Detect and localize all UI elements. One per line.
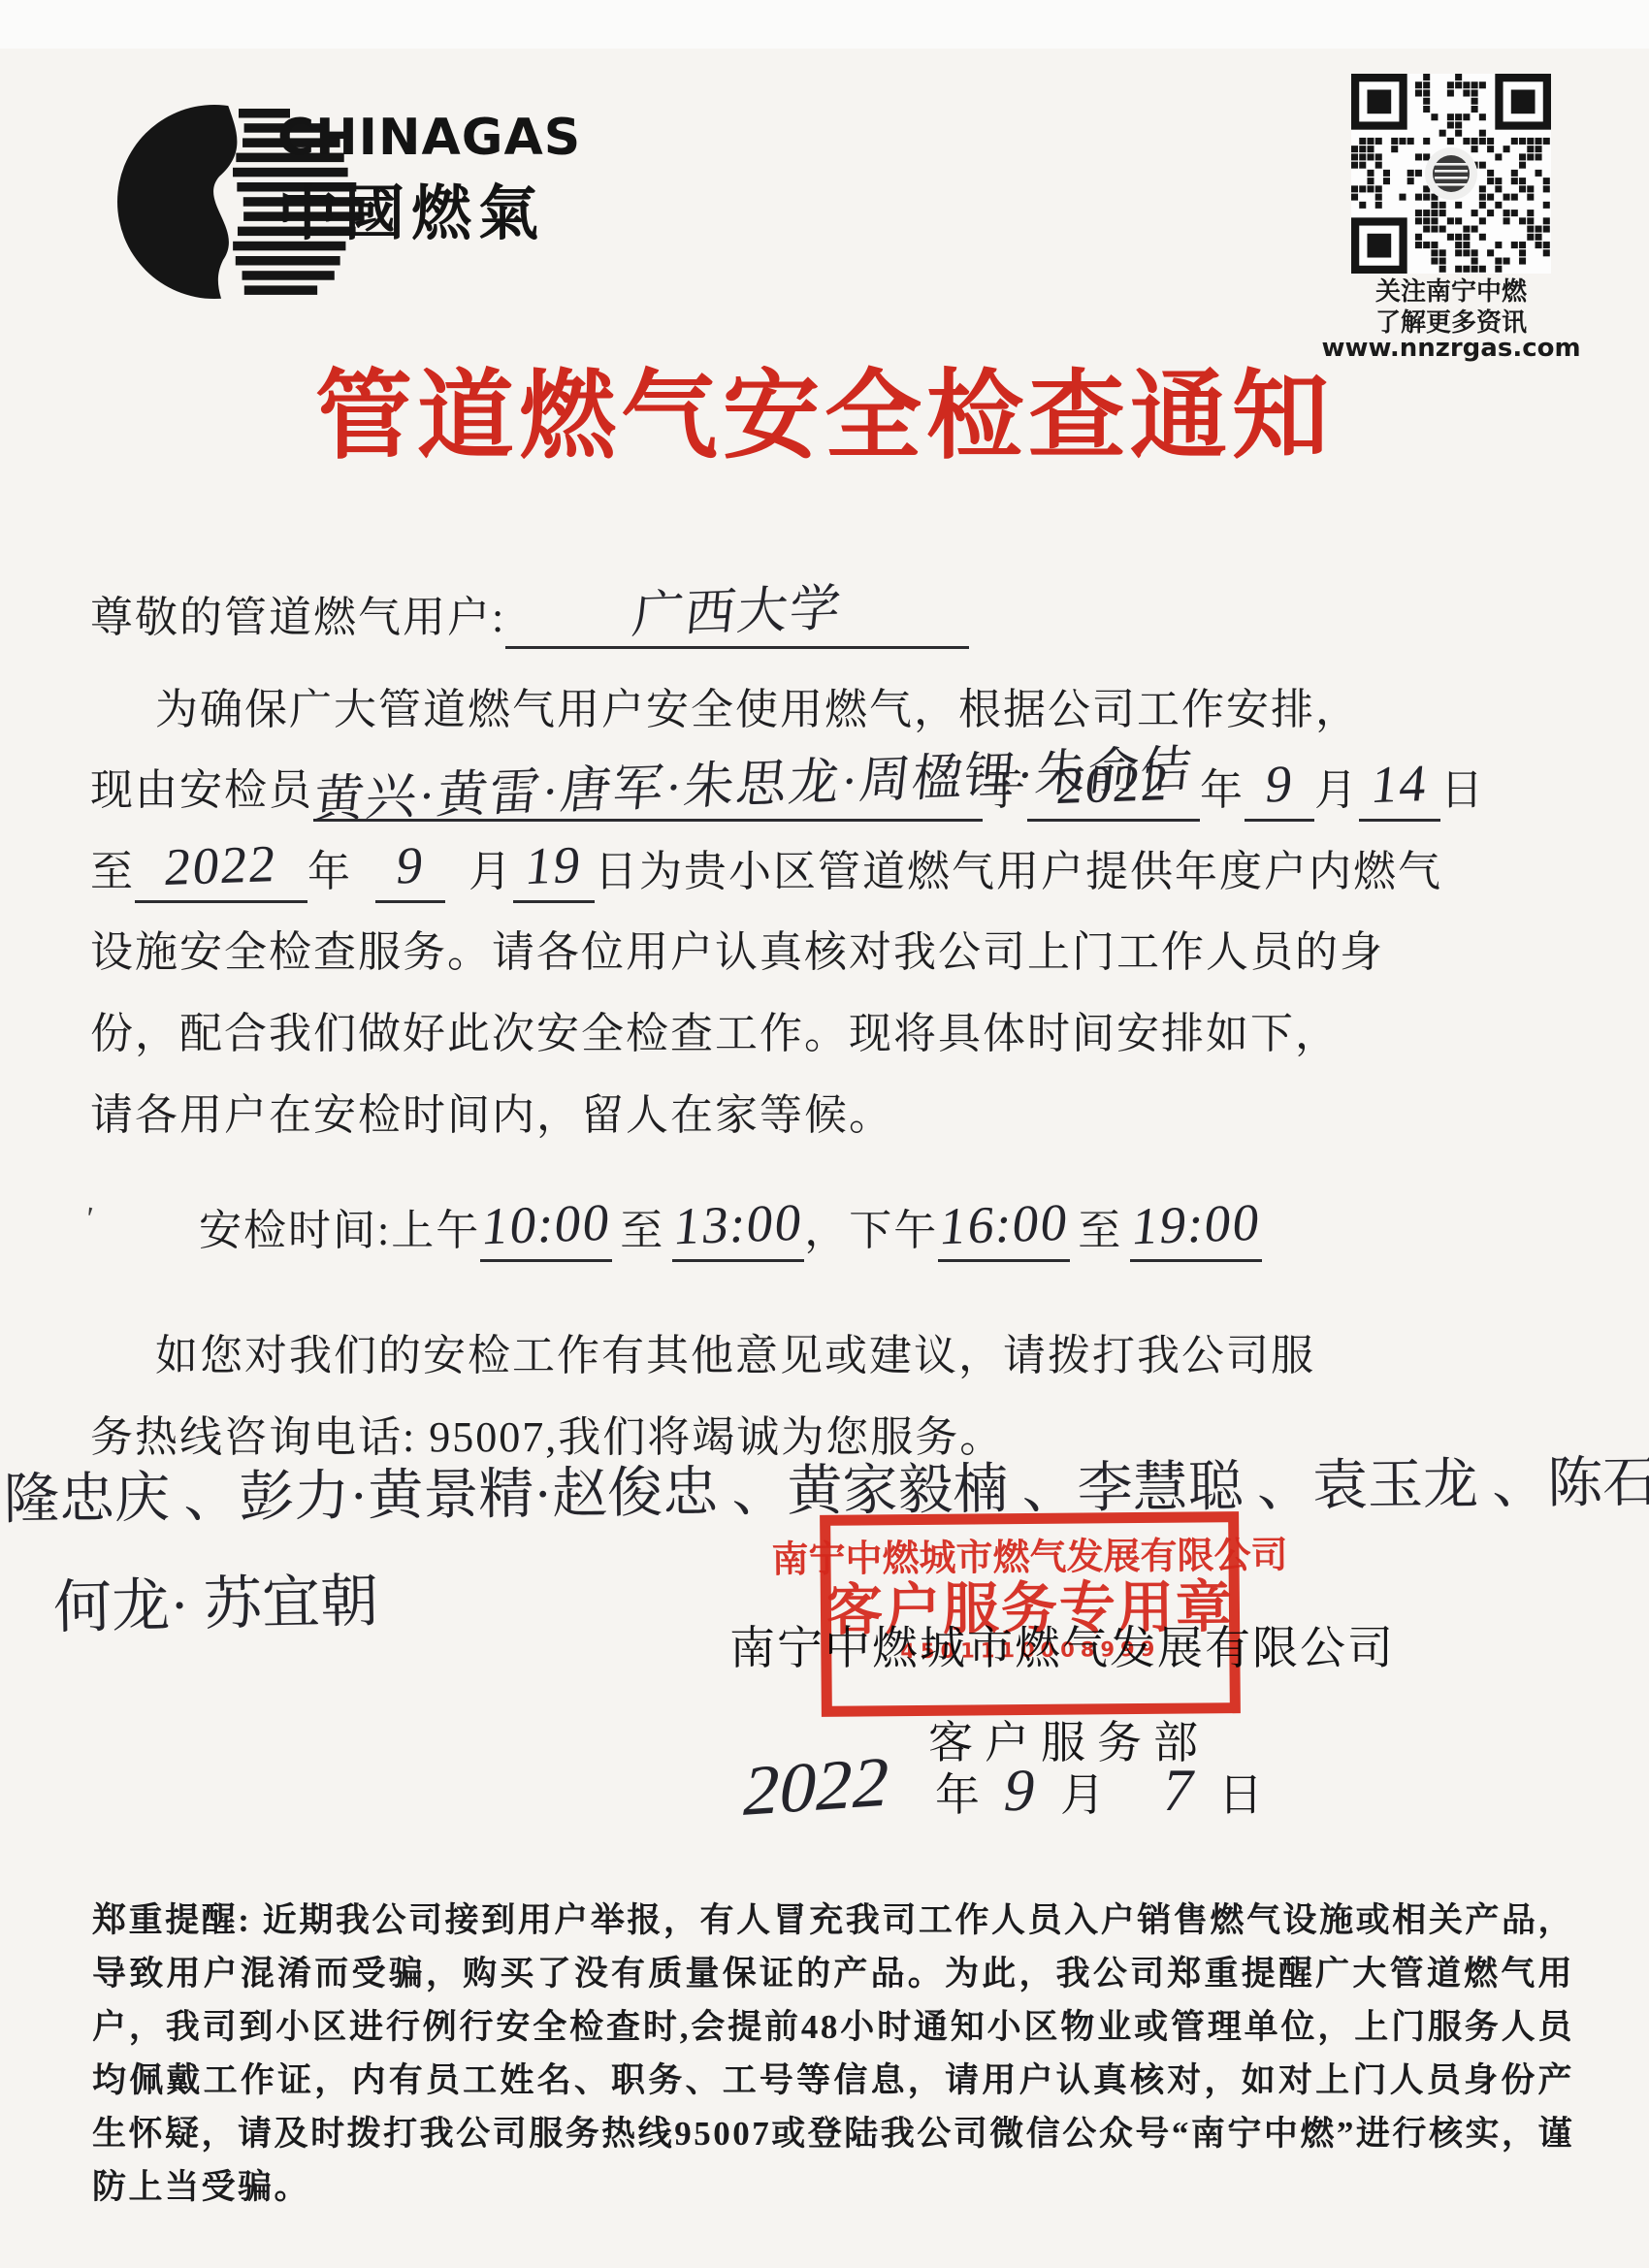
body-line-2: 现由安检员 黄兴·黄雷·唐军·朱思龙·周楹锂·朱俞佶 于 2022 年 9 月 … <box>90 757 1491 822</box>
body-line-3-rest: 为贵小区管道燃气用户提供年度户内燃气 <box>639 841 1442 903</box>
am-from-handwritten: 10:00 <box>479 1196 614 1253</box>
until-label: 至 <box>90 841 135 903</box>
body-line-1: 为确保广大管道燃气用户安全使用燃气，根据公司工作安排， <box>155 679 1491 741</box>
stamp-seal-title: 客户服务专用章 <box>826 1576 1235 1640</box>
pm-from-handwritten: 16:00 <box>937 1196 1072 1253</box>
body-line-7: 如您对我们的安检工作有其他意见或建议，请拨打我公司服 <box>155 1325 1491 1387</box>
pm-from-field: 16:00 <box>938 1197 1070 1262</box>
warning-text: 近期我公司接到用户举报，有人冒充我司工作人员入户销售燃气设施或相关产品，导致用户… <box>92 1901 1574 2206</box>
handwritten-signatures-row2: 何龙· 苏宜朝 <box>52 1555 379 1645</box>
pm-to-field: 19:00 <box>1130 1197 1262 1262</box>
issue-date-line: 2022 年 9 月 7 日 <box>745 1746 1263 1829</box>
month-suffix: 月 <box>1314 760 1359 822</box>
start-month-field: 9 <box>1245 757 1314 822</box>
to-label-2: 至 <box>1078 1200 1122 1262</box>
start-month-handwritten: 9 <box>1263 757 1297 810</box>
pm-to-handwritten: 19:00 <box>1129 1196 1264 1253</box>
stamp-serial-number: 4501110008999 <box>900 1637 1160 1663</box>
document-title: 管道燃气安全检查通知 <box>0 338 1649 477</box>
customer-name-field: 广西大学 <box>505 584 969 649</box>
issue-day-handwritten: 7 <box>1157 1757 1200 1826</box>
qr-code <box>1351 74 1551 274</box>
issue-year-handwritten: 2022 <box>736 1741 896 1833</box>
month-suffix-2: 月 <box>469 841 513 903</box>
brand-wordmark-en: CHINAGAS <box>277 109 581 167</box>
warning-paragraph: 郑重提醒: 近期我公司接到用户举报，有人冒充我司工作人员入户销售燃气设施或相关产… <box>92 1894 1574 2214</box>
red-service-stamp: 南宁中燃城市燃气发展有限公司 客户服务专用章 4501110008999 <box>820 1511 1241 1717</box>
day-suffix: 日 <box>1440 760 1485 822</box>
end-day-field: 19 <box>513 838 595 903</box>
am-to-handwritten: 13:00 <box>671 1196 806 1253</box>
year-suffix-2: 年 <box>307 841 352 903</box>
warning-label: 郑重提醒: <box>92 1901 251 1939</box>
year-suffix: 年 <box>1200 760 1245 822</box>
schedule-line: 安检时间: 上午 10:00 至 13:00 ，下午 16:00 至 19:00 <box>199 1197 1489 1262</box>
body-line-5: 份，配合我们做好此次安全检查工作。现将具体时间安排如下， <box>90 1003 1491 1065</box>
am-to-field: 13:00 <box>672 1197 804 1262</box>
inspector-label: 现由安检员 <box>90 760 313 822</box>
issue-month-handwritten: 9 <box>999 1757 1042 1826</box>
am-label: 上午 <box>391 1200 480 1262</box>
customer-name-handwritten: 广西大学 <box>630 584 845 642</box>
issue-year-suffix: 年 <box>935 1760 980 1824</box>
pm-label: ，下午 <box>804 1200 938 1262</box>
to-label-1: 至 <box>620 1200 664 1262</box>
end-day-handwritten: 19 <box>523 838 585 892</box>
end-year-handwritten: 2022 <box>162 837 280 893</box>
end-month-handwritten: 9 <box>394 838 428 891</box>
issue-day-suffix: 日 <box>1218 1760 1263 1824</box>
body-line-3: 至 2022 年 9 月 19 日为贵小区管道燃气用户提供年度户内燃气 <box>90 838 1491 903</box>
salutation-label: 尊敬的管道燃气用户: <box>90 587 505 649</box>
scanned-notice-page: CHINAGAS 中國燃氣 关注南宁中燃 了解更多资讯 www.nnzrgas.… <box>0 0 1649 2268</box>
inspector-names-field: 黄兴·黄雷·唐军·朱思龙·周楹锂·朱俞佶 <box>313 757 983 822</box>
schedule-label: 安检时间: <box>199 1200 391 1262</box>
end-year-field: 2022 <box>135 838 307 903</box>
issue-month-suffix: 月 <box>1060 1760 1105 1824</box>
body-line-4: 设施安全检查服务。请各位用户认真核对我公司上门工作人员的身 <box>90 922 1491 984</box>
brand-wordmark-cn: 中國燃氣 <box>277 165 545 251</box>
am-from-field: 10:00 <box>480 1197 612 1262</box>
stray-pen-mark: ' <box>81 1201 95 1238</box>
salutation-line: 尊敬的管道燃气用户: 广西大学 <box>90 584 1491 649</box>
start-day-field: 14 <box>1359 757 1440 822</box>
start-year-handwritten: 2022 <box>1054 756 1173 812</box>
end-month-field: 9 <box>375 838 445 903</box>
scan-edge <box>0 0 1649 49</box>
body-line-6: 请各用户在安检时间内，留人在家等候。 <box>90 1085 1491 1147</box>
day-suffix-2: 日 <box>595 841 639 903</box>
start-day-handwritten: 14 <box>1369 757 1431 811</box>
